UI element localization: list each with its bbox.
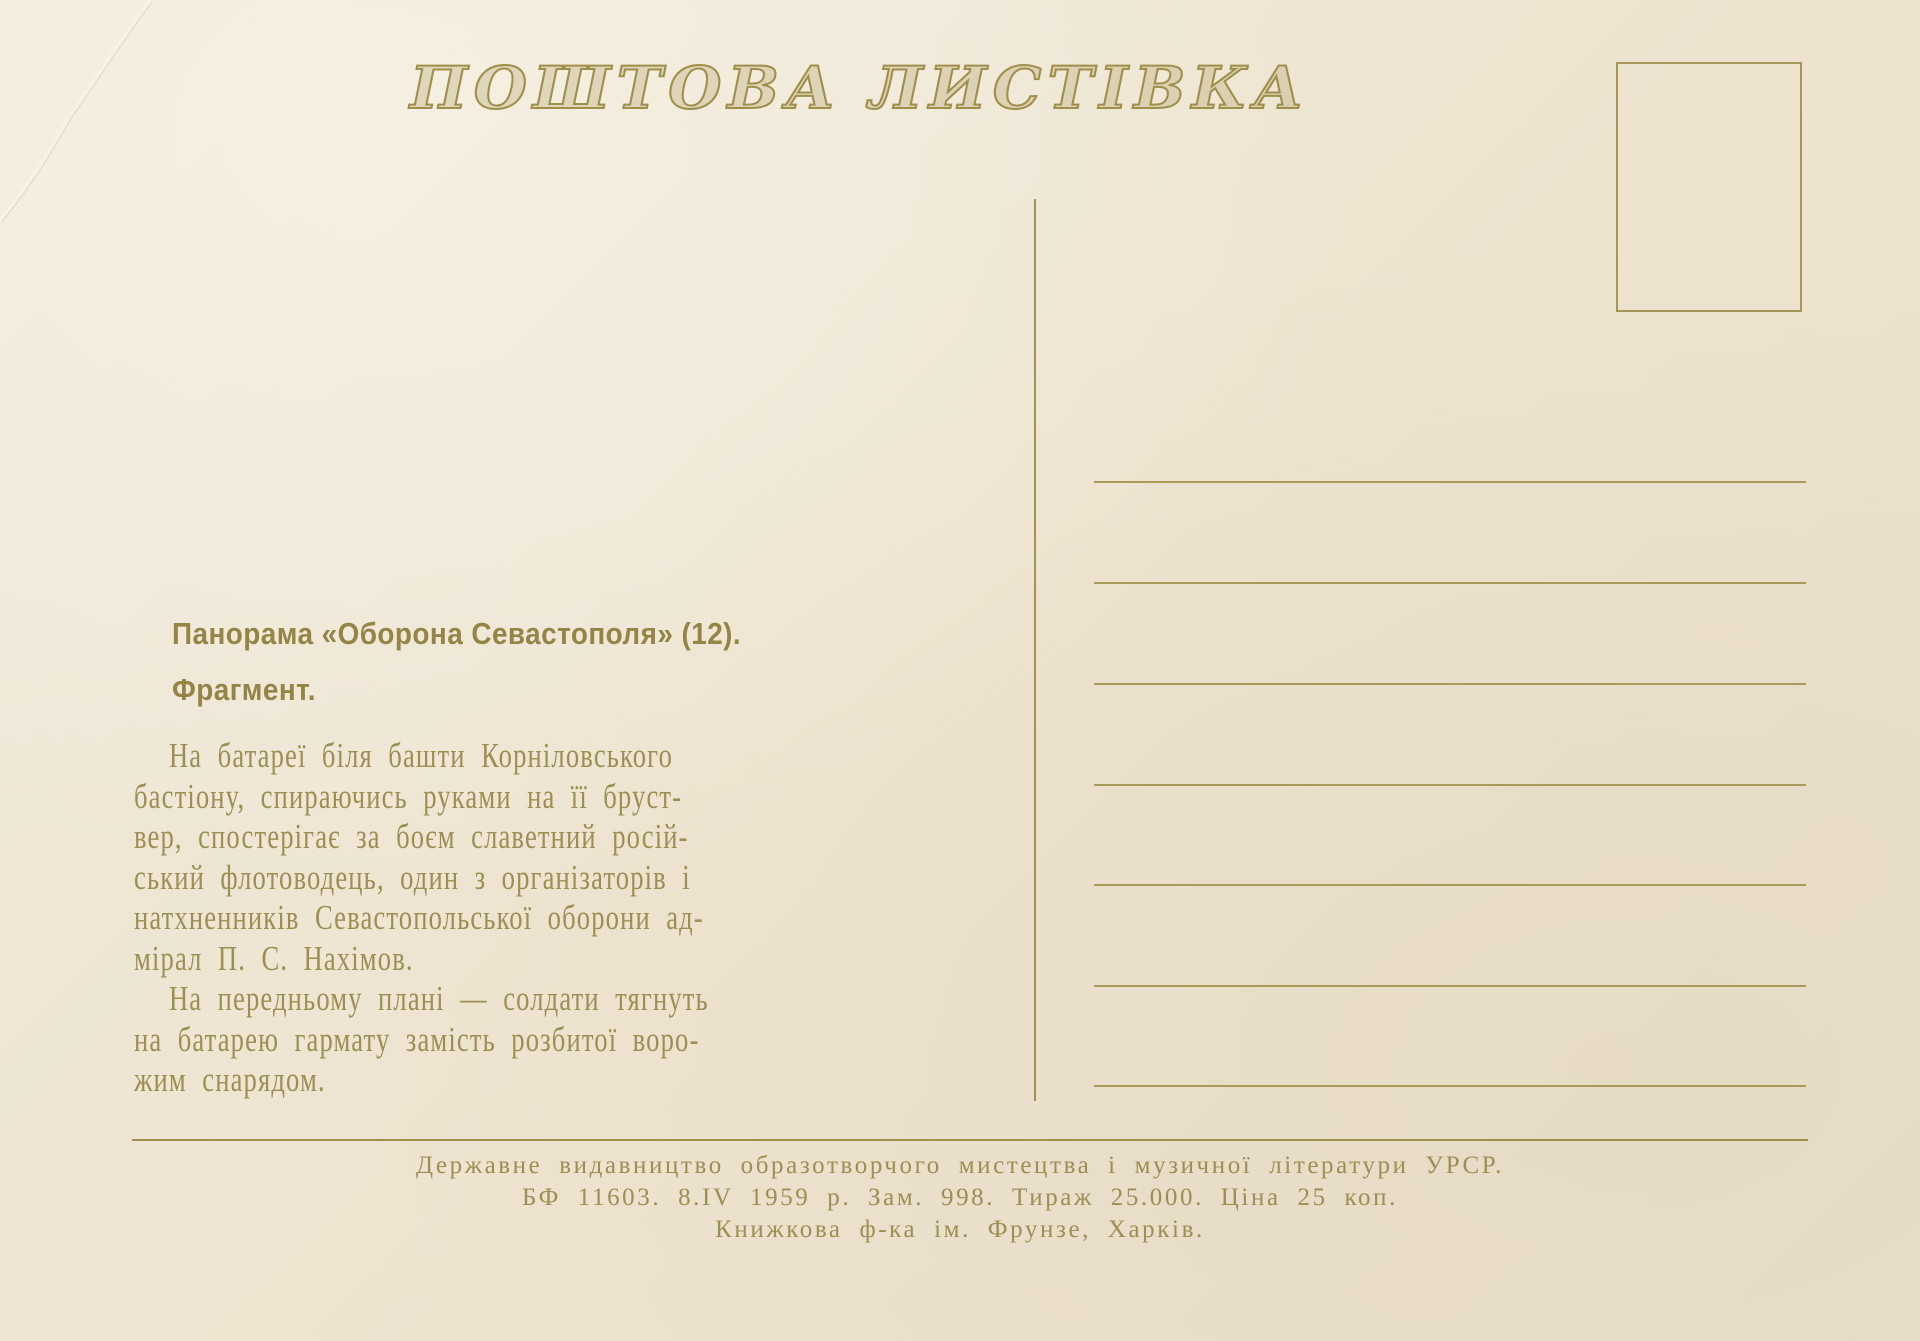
address-line	[1094, 784, 1806, 786]
address-line	[1094, 884, 1806, 886]
stamp-box	[1616, 62, 1802, 312]
vertical-divider	[1034, 199, 1036, 1101]
description-line: ський флотоводець, один з організаторів …	[134, 858, 955, 899]
imprint: Державне видавництво образотворчого мист…	[0, 1150, 1920, 1246]
imprint-publisher: Державне видавництво образотворчого мист…	[0, 1150, 1920, 1182]
address-line	[1094, 582, 1806, 584]
address-line	[1094, 1085, 1806, 1087]
caption-title: Панорама «Оборона Севастополя» (12).	[172, 606, 910, 662]
description-line: На батареї біля башти Корніловського	[134, 736, 955, 777]
description-line: вер, спостерігає за боєм славетний росій…	[134, 817, 955, 858]
address-line	[1094, 683, 1806, 685]
postcard-title: ПОШТОВА ЛИСТІВКА	[410, 52, 1376, 124]
description-line: жим снарядом.	[134, 1060, 955, 1101]
caption-subtitle: Фрагмент.	[172, 662, 910, 718]
description-line: на батарею гармату замість розбитої воро…	[134, 1020, 955, 1061]
imprint-details: БФ 11603. 8.IV 1959 р. Зам. 998. Тираж 2…	[0, 1182, 1920, 1214]
description-line: натхненників Севастопольської оборони ад…	[134, 898, 955, 939]
description-line: бастіону, спираючись руками на її бруст-	[134, 777, 955, 818]
description-text: На батареї біля башти Корніловського бас…	[134, 736, 955, 1101]
address-line	[1094, 985, 1806, 987]
address-line	[1094, 481, 1806, 483]
description-line: мірал П. С. Нахімов.	[134, 939, 955, 980]
caption: Панорама «Оборона Севастополя» (12). Фра…	[172, 606, 910, 718]
imprint-printer: Книжкова ф-ка ім. Фрунзе, Харків.	[0, 1214, 1920, 1246]
footer-rule	[132, 1139, 1808, 1141]
description-line: На передньому плані — солдати тягнуть	[134, 979, 955, 1020]
